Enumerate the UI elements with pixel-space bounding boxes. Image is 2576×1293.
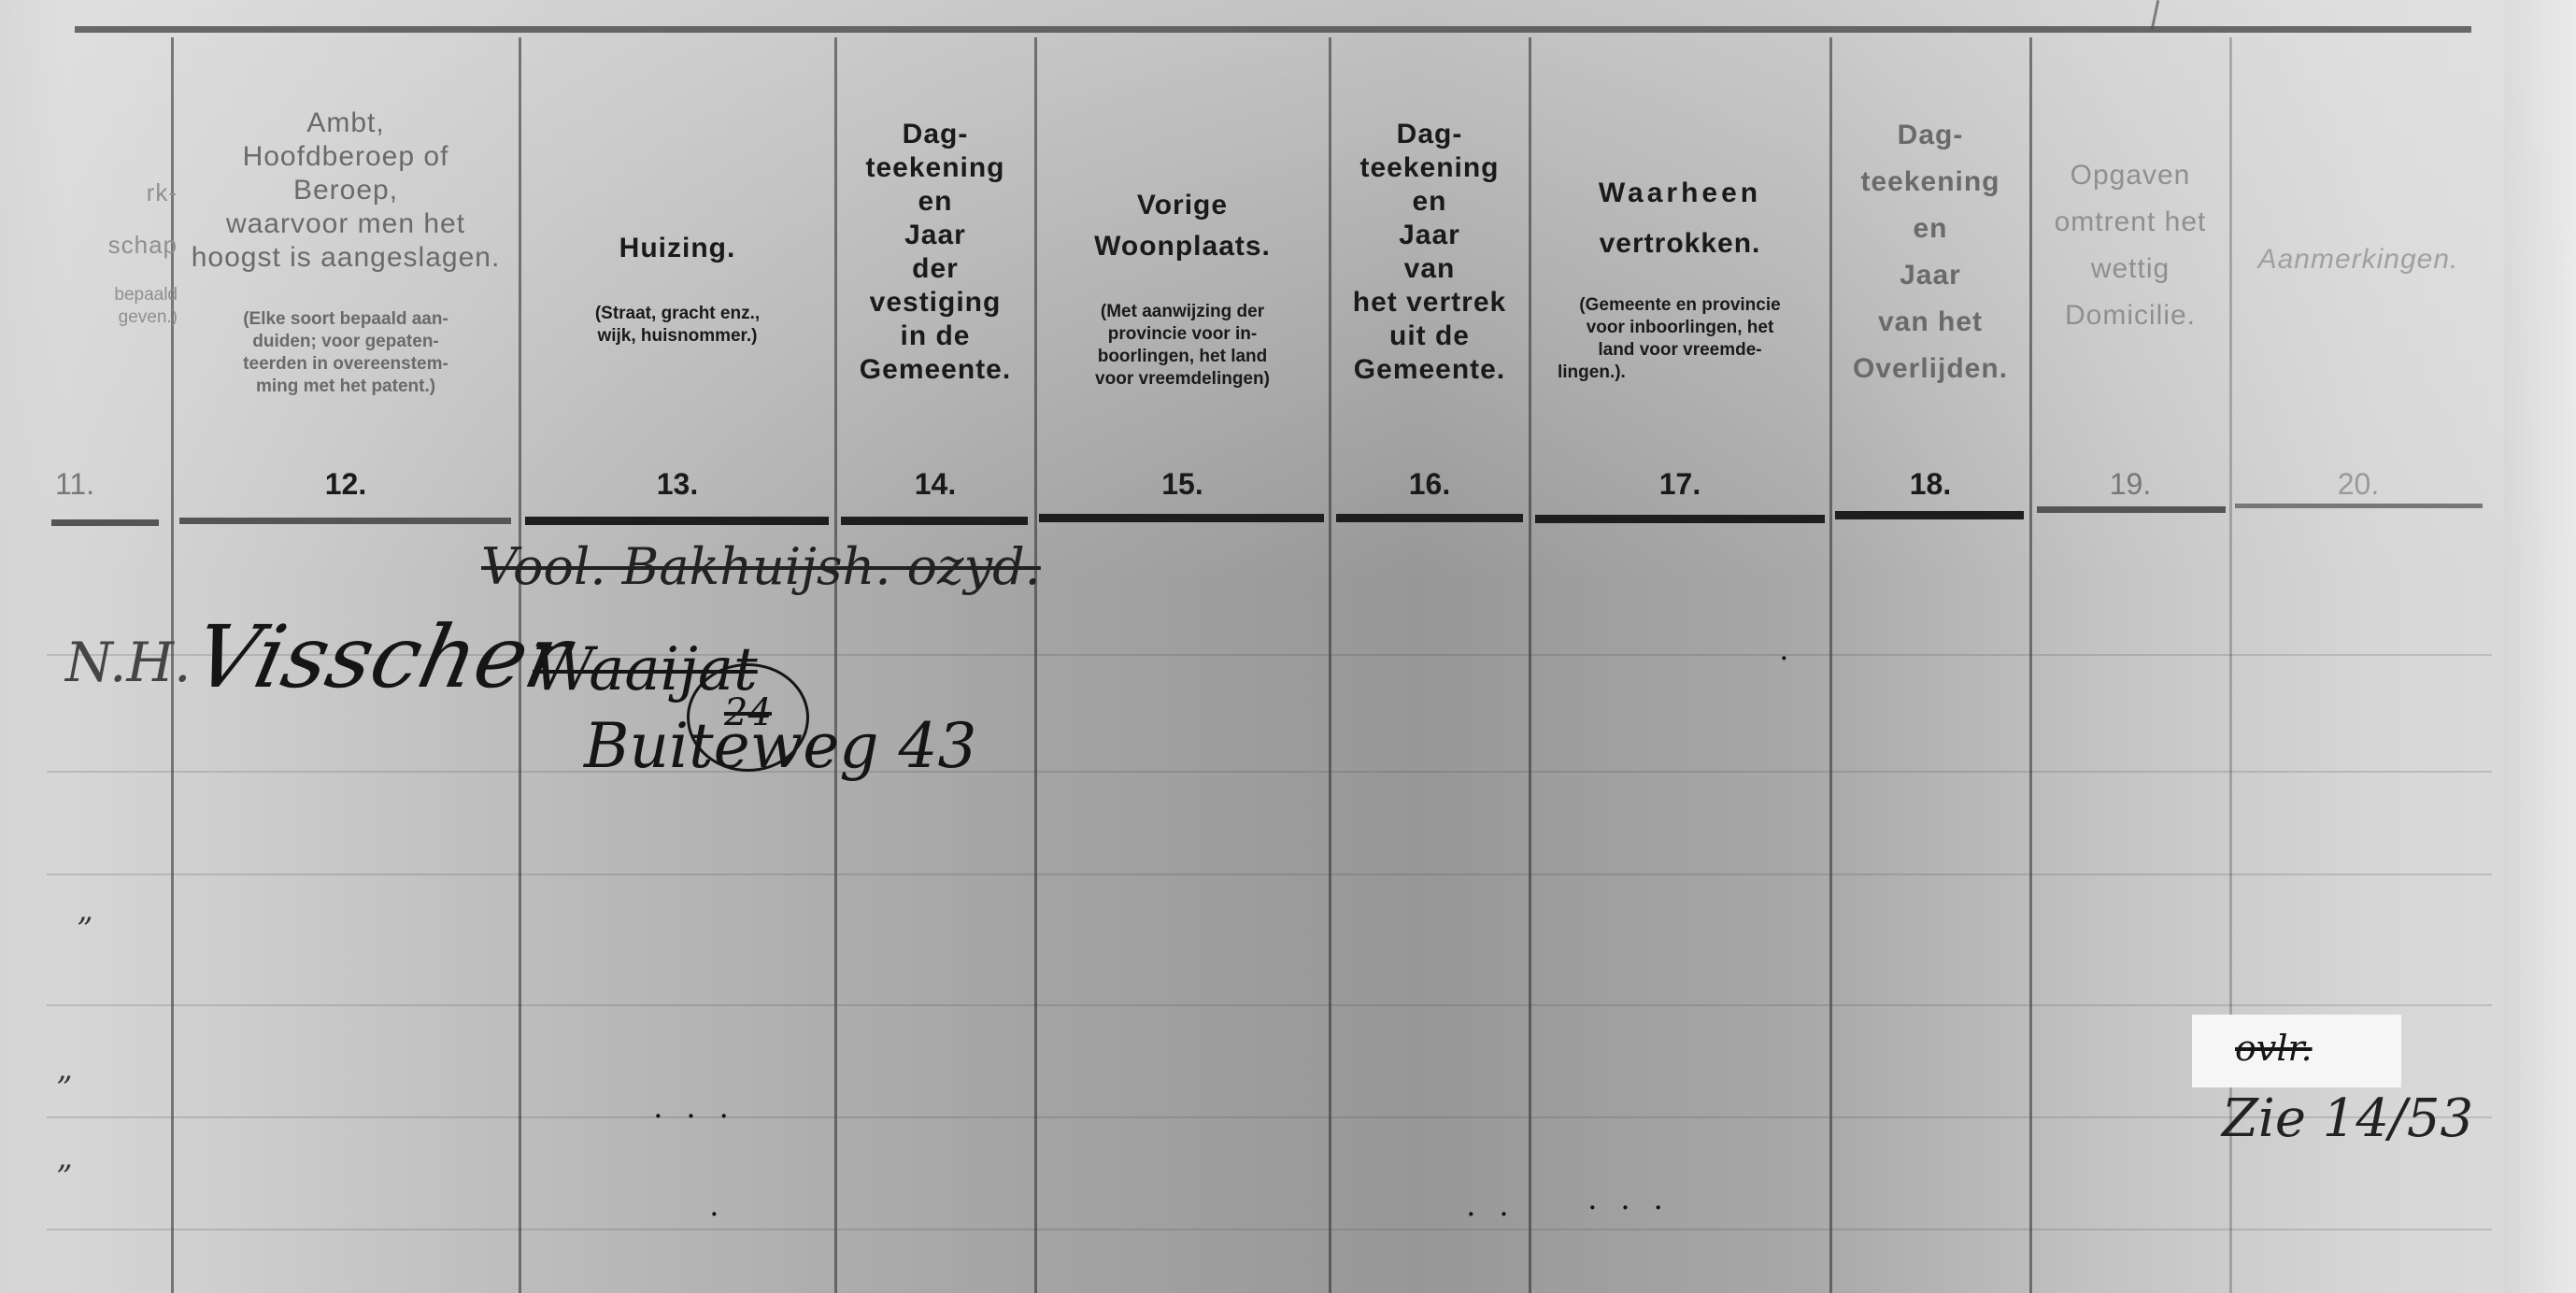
- header-rule-11: [51, 519, 159, 526]
- header-col-15: Vorige Woonplaats. (Met aanwijzing der p…: [1037, 56, 1328, 486]
- header-rule-14: [841, 517, 1028, 525]
- ink-dots: · · ·: [654, 1102, 737, 1130]
- column-number-18: 18.: [1832, 467, 2028, 502]
- ruled-line: [47, 874, 2492, 875]
- ditto-mark: ”: [77, 911, 93, 948]
- column-number-16: 16.: [1331, 467, 1528, 502]
- header-col-14: Dag- teekening en Jaar der vestiging in …: [837, 56, 1033, 448]
- column-number-15: 15.: [1037, 467, 1328, 502]
- ruled-line: [47, 771, 2492, 773]
- top-border-rule: [75, 26, 2471, 33]
- header-col-20: Aanmerkingen.: [2232, 56, 2484, 635]
- header-col-16: Dag- teekening en Jaar van het vertrek u…: [1331, 56, 1528, 448]
- ruled-line: [47, 1116, 2492, 1118]
- entry-address-struck-1: Vool. Bakhuijsh. ozyd.: [481, 537, 1041, 596]
- ditto-mark: ”: [56, 1158, 72, 1196]
- header-rule-13: [525, 517, 829, 525]
- column-number-12: 12.: [174, 467, 518, 502]
- column-number-13: 13.: [521, 467, 833, 502]
- column-number-14: 14.: [837, 467, 1033, 502]
- ink-dots: ·: [710, 1201, 728, 1229]
- header-col-11: rk- schap bepaald geven.): [37, 56, 185, 448]
- header-col-17: Waarheen vertrokken. (Gemeente en provin…: [1531, 56, 1829, 476]
- header-rule-17: [1535, 515, 1825, 523]
- header-col-12: Ambt, Hoofdberoep of Beroep, waarvoor me…: [174, 56, 518, 448]
- ditto-mark: ”: [56, 1070, 72, 1107]
- entry-occupation: Visscher: [186, 607, 579, 707]
- header-rule-18: [1835, 511, 2024, 519]
- header-rule-16: [1336, 514, 1523, 522]
- entry-religion: N.H.: [65, 631, 192, 694]
- header-col-13: Huizing. (Straat, gracht enz., wijk, hui…: [521, 56, 833, 486]
- header-rule-12: [179, 518, 511, 524]
- column-number-11: 11.: [47, 467, 103, 502]
- page-right-edge: [2504, 0, 2576, 1293]
- ink-dots: · ·: [1467, 1201, 1517, 1229]
- entry-address-current: Buiteweg 43: [584, 710, 976, 782]
- column-number-20: 20.: [2232, 467, 2484, 502]
- ruled-line: [47, 1229, 2492, 1230]
- column-number-19: 19.: [2032, 467, 2228, 502]
- header-rule-15: [1039, 514, 1324, 522]
- ruled-line: [47, 1004, 2492, 1006]
- remark-reference: Zie 14/53: [2222, 1088, 2473, 1149]
- header-col-18: Dag- teekening en Jaar van het Overlijde…: [1832, 56, 2028, 448]
- column-number-17: 17.: [1531, 467, 1829, 502]
- ink-dots: ·: [1780, 645, 1798, 673]
- ink-dots: · · ·: [1588, 1194, 1672, 1222]
- remark-struck-word: ovlr.: [2235, 1028, 2313, 1069]
